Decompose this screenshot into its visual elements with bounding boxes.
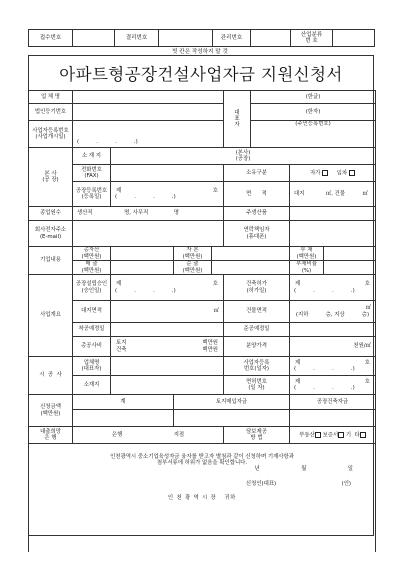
factory-reg-field[interactable]: 제호 ( . . .)	[111, 182, 224, 207]
ownership-own-checkbox[interactable]	[322, 170, 328, 176]
signature-line: 신청인(대표) (인)	[29, 481, 375, 487]
sales-field[interactable]	[111, 261, 174, 275]
contractor-address-field[interactable]	[111, 376, 224, 395]
receipt-no-field[interactable]	[73, 30, 115, 47]
code-strip: 접수번호 결리번호 관리번호 산업분류 번 호	[28, 29, 375, 47]
collateral-field[interactable]: 부동산 보증서 기 타	[290, 427, 376, 444]
process-no-label: 결리번호	[115, 30, 159, 47]
finish-date-label: 준공예정일	[224, 323, 290, 337]
branch-unit: 지점	[174, 432, 184, 438]
amount-total-header: 계	[73, 395, 174, 410]
year-label: 년	[254, 466, 259, 472]
email-label: 회사전자주소 (E-mail)	[29, 221, 73, 247]
representative-label: 대 표 자	[224, 91, 251, 148]
ownership-rent-checkbox[interactable]	[349, 170, 355, 176]
business-label: 기업내용	[29, 247, 73, 275]
manage-no-field[interactable]	[251, 30, 291, 47]
cost-building-label: 건축	[116, 347, 126, 353]
total-assets-field[interactable]	[111, 247, 174, 261]
subtitle-note: 빗 칸은 작성하지 말 것	[0, 47, 400, 55]
biz-reg-field[interactable]: ( . . .)	[73, 121, 224, 148]
bank-label: 대출희망 은 행	[29, 427, 73, 444]
permit-label: 건축허가 (허가일)	[224, 275, 290, 301]
email-field[interactable]	[73, 221, 224, 247]
form-title: 아파트형공장건설사업자금 지원신청서	[29, 56, 373, 91]
area-building-unit: ㎡	[363, 191, 368, 197]
liabilities-field[interactable]	[324, 247, 376, 261]
factory-reg-label: 공장등록번호 (등록일)	[73, 182, 111, 207]
biz-reg-label: 사업자등록번호 (사업개시일)	[29, 121, 73, 148]
build-fund-header: 공장건축자금	[290, 395, 376, 410]
form-table: 업 체 명 대 표 자 (한글) 법인등기번호 (한자) 사업자등록번호 (사업…	[28, 90, 376, 552]
factory-reg-date-hint: ( . . .)	[111, 194, 223, 200]
seal-placeholder[interactable]: (인)	[342, 481, 351, 487]
building-floors-hint: (지하 층, 지상 층)	[290, 312, 375, 318]
approval-label: 공장설립승인 (승인일)	[73, 275, 111, 301]
debt-ratio-label: 부채비율 (%)	[290, 261, 324, 275]
license-field[interactable]: 제호 ( . . .)	[290, 376, 376, 395]
date-line: 년 월 일	[29, 466, 375, 472]
total-cost-field[interactable]: 토지백만원 건축백만원	[111, 337, 224, 357]
sale-price-field[interactable]: 천원/㎡	[290, 337, 376, 357]
company-name-field[interactable]	[73, 91, 224, 104]
liabilities-label: 부 채 (백만원)	[290, 247, 324, 261]
sqm-unit: ㎡	[214, 308, 219, 314]
bank-unit: 은행	[112, 432, 122, 438]
no-suffix: 호	[213, 188, 218, 194]
addressee: 인 천 광 역 시 장 귀하	[29, 495, 375, 501]
company-name-label: 업 체 명	[29, 91, 73, 104]
collateral-label: 담보제공 방 법	[224, 427, 290, 444]
start-date-field[interactable]	[111, 323, 224, 337]
approval-field[interactable]: 제호 ( . . .)	[111, 275, 224, 301]
applicant-label: 신청인(대표)	[246, 481, 276, 487]
amount-label: 신청금액 (백만원)	[29, 395, 73, 427]
ownership-rent-label: 임차	[337, 170, 347, 176]
amount-total-field[interactable]	[73, 410, 174, 427]
month-label: 월	[301, 466, 306, 472]
license-label: 면허번호 (일 자)	[224, 376, 290, 395]
rep-id-field[interactable]: (주민등록번호)	[251, 121, 376, 148]
land-area-label: 대지면적	[73, 301, 111, 323]
collateral-guarantee-label: 보증서	[323, 432, 339, 438]
area-field[interactable]: 대지 ㎡, 건물 ㎡	[290, 182, 376, 207]
bank-field[interactable]: 은행 지점	[73, 427, 224, 444]
capital-label: 자 본 (백만원)	[174, 247, 212, 261]
rep-hangul-field[interactable]: (한글)	[251, 91, 376, 104]
address-label: 소 재 지	[73, 148, 111, 165]
address-field[interactable]: (본사) (공장)	[111, 148, 376, 165]
date-hint: ( . . .)	[290, 366, 375, 372]
day-label: 일	[348, 466, 353, 472]
receipt-no-label: 접수번호	[29, 30, 73, 47]
area-land-label: 대지	[294, 191, 304, 197]
sale-price-label: 분양가격	[224, 337, 290, 357]
industry-code-field[interactable]	[333, 30, 375, 47]
no-prefix: 제	[295, 281, 300, 287]
collateral-other-label: 기 타	[346, 432, 360, 438]
permit-date-hint: ( . . .)	[290, 288, 375, 294]
date-hint: ( . . .)	[290, 385, 375, 391]
sales-label: 매 출 (백만원)	[73, 261, 111, 275]
price-unit: 천원/㎡	[353, 343, 371, 349]
phone-label: 전화번호 (FAX)	[73, 165, 111, 182]
office-unit: 명	[174, 210, 179, 216]
manage-no-label: 관리번호	[213, 30, 251, 47]
contractor-label: 시 공 사	[29, 357, 73, 395]
contractor-bizreg-field[interactable]: 제호 ( . . .)	[290, 357, 376, 376]
collateral-realestate-checkbox[interactable]	[315, 432, 321, 438]
area-land-unit: ㎡, 건물	[326, 191, 345, 197]
build-fund-field[interactable]	[290, 410, 376, 427]
employees-field[interactable]: 생산직 명, 사무직 명	[73, 207, 224, 221]
cost-unit: 백만원	[202, 347, 218, 353]
application-form: 아파트형공장건설사업자금 지원신청서 업 체 명 대 표 자 (한글) 법인등기…	[28, 55, 374, 536]
building-area-label: 건물면적	[224, 301, 290, 323]
main-product-field[interactable]	[290, 207, 376, 221]
total-assets-label: 총자산 (백만원)	[73, 247, 111, 261]
net-income-label: 순 출 (백만원)	[174, 261, 212, 275]
corp-reg-label: 법인등기번호	[29, 104, 73, 121]
no-prefix: 제	[116, 281, 121, 287]
rep-hanja-field[interactable]: (한자)	[251, 104, 376, 121]
corp-reg-field[interactable]	[73, 104, 224, 121]
land-area-field[interactable]: ㎡	[111, 301, 224, 323]
total-cost-label: 총공사비	[73, 337, 111, 357]
net-income-field[interactable]	[212, 261, 290, 275]
production-label: 생산직	[77, 210, 93, 216]
industry-code-label: 산업분류 번 호	[291, 30, 333, 47]
capital-field[interactable]	[212, 247, 290, 261]
contractor-bizreg-label: 사업자등록 번호(일자)	[224, 357, 290, 376]
biz-start-date-hint: ( . . .)	[77, 139, 138, 145]
collateral-realestate-label: 부동산	[299, 432, 315, 438]
start-date-label: 착공예정일	[73, 323, 111, 337]
process-no-field[interactable]	[159, 30, 213, 47]
no-suffix: 호	[365, 379, 370, 385]
contractor-name-label: 업체명 (대표자)	[73, 357, 111, 376]
employees-label: 종업원수	[29, 207, 73, 221]
finish-date-field[interactable]	[290, 323, 376, 337]
ownership-field[interactable]: 자가 임차	[290, 165, 376, 182]
mobile-label: 연락책임자 (휴대폰)	[224, 221, 290, 247]
ownership-label: 소유구분	[224, 165, 290, 182]
contractor-address-label: 소재지	[73, 376, 111, 395]
declaration-block: 인천광역시 중소기업육성자금 융자를 받고자 별첨과 같이 신청하며 기재사항과…	[29, 444, 376, 553]
collateral-other-checkbox[interactable]	[360, 432, 366, 438]
phone-field[interactable]	[111, 165, 224, 182]
no-suffix: 호	[213, 281, 218, 287]
land-fund-field[interactable]	[174, 410, 290, 427]
office-label: 명, 사무직	[124, 210, 148, 216]
main-product-label: 주생산품	[224, 207, 290, 221]
land-fund-header: 토지매입자금	[174, 395, 290, 410]
project-label: 사업개요	[29, 275, 73, 357]
building-area-field[interactable]: ㎡ (지하 층, 지상 층)	[290, 301, 376, 323]
collateral-guarantee-checkbox[interactable]	[338, 432, 344, 438]
contractor-name-field[interactable]	[111, 357, 224, 376]
hq-label: 본 사 (공 장)	[29, 148, 73, 207]
permit-field[interactable]: 제호 ( . . .)	[290, 275, 376, 301]
no-suffix: 호	[365, 281, 370, 287]
ownership-own-label: 자가	[310, 170, 320, 176]
no-suffix: 호	[365, 360, 370, 366]
approval-date-hint: ( . . .)	[111, 288, 223, 294]
area-label: 면 적	[224, 182, 290, 207]
debt-ratio-field[interactable]	[324, 261, 376, 275]
mobile-field[interactable]	[290, 221, 376, 247]
